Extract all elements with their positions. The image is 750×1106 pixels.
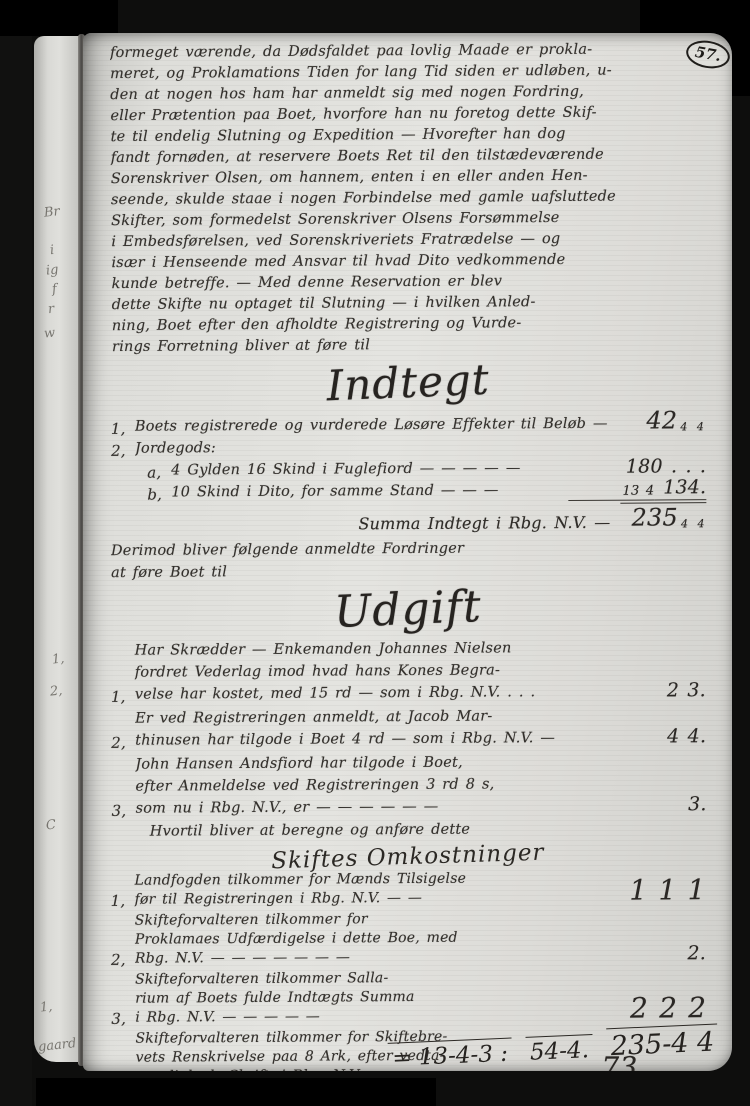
handwritten-line: fordret Vederlag imod hvad hans Kones Be… bbox=[135, 659, 620, 684]
handwritten-line: Er ved Registreringen anmeldt, at Jacob … bbox=[135, 705, 620, 730]
item-text: 4 Gylden 16 Skind i Fuglefiord — — — — — bbox=[171, 457, 620, 482]
item-amount: 2 3. bbox=[620, 681, 706, 703]
indtegt-item-2b: b, 10 Skind i Dito, for samme Stand — — … bbox=[147, 478, 706, 503]
opening-paragraph: formeget værende, da Dødsfaldet paa lovl… bbox=[110, 39, 707, 358]
handwritten-line: 4 Gylden 16 Skind i Fuglefiord — — — — — bbox=[171, 457, 620, 482]
indtegt-summa-row: Summa Indtegt i Rbg. N.V. — 2354 4 bbox=[111, 502, 706, 535]
item-number: 1, bbox=[111, 688, 135, 706]
handwritten-line: thinusen har tilgode i Boet 4 rd — som i… bbox=[135, 727, 620, 752]
item-amount: 424 4 bbox=[620, 408, 706, 435]
book-page: 57. formeget værende, da Dødsfaldet paa … bbox=[83, 33, 732, 1071]
margin-bleed-mark: 2, bbox=[49, 683, 63, 699]
previous-page-edge bbox=[34, 36, 80, 1062]
item-text: Er ved Registreringen anmeldt, at Jacob … bbox=[135, 705, 620, 752]
udgift-item-1: 1, Har Skrædder — Enkemanden Johannes Ni… bbox=[111, 636, 706, 706]
item-amount: 2. bbox=[620, 944, 706, 966]
archival-document-scan: { "page": { "number": "57." }, "paragrap… bbox=[0, 0, 750, 1106]
margin-bleed-mark: w bbox=[43, 325, 56, 341]
item-amount: 3. bbox=[621, 795, 707, 817]
item-text: John Hansen Andsfiord har tilgode i Boet… bbox=[135, 751, 620, 820]
margin-bleed-mark: ig bbox=[45, 262, 59, 278]
udgift-item-2: 2, Er ved Registreringen anmeldt, at Jac… bbox=[111, 704, 706, 752]
handwritten-line: 10 Skind i Dito, for samme Stand — — — bbox=[171, 479, 568, 503]
handwritten-line: velse har kostet, med 15 rd — som i Rbg.… bbox=[135, 681, 620, 706]
indtegt-item-2a: a, 4 Gylden 16 Skind i Fuglefiord — — — … bbox=[147, 456, 706, 481]
item-amount: 4 4. bbox=[620, 727, 706, 749]
handwritten-line: Jordegods: bbox=[135, 434, 706, 459]
total-omkostninger: 54-4. bbox=[525, 1034, 593, 1066]
item-text: Jordegods: bbox=[135, 434, 706, 459]
item-text: Skifteforvalteren tilkommer Salla-rium a… bbox=[135, 968, 620, 1028]
margin-bleed-mark: C bbox=[45, 818, 56, 834]
item-number: 2, bbox=[111, 442, 135, 460]
omkostninger-item-2: 2, Skifteforvalteren tilkommer forProkla… bbox=[111, 908, 706, 969]
photo-black-bottom bbox=[36, 1078, 436, 1106]
item-number: b, bbox=[147, 485, 171, 503]
summa-amount: 2354 4 bbox=[620, 502, 706, 532]
amount-fraction: 4 4 bbox=[680, 420, 706, 433]
photo-black-top-left bbox=[0, 0, 118, 36]
handwritten-line: John Hansen Andsfiord har tilgode i Boet… bbox=[135, 751, 620, 776]
item-number: 4, bbox=[112, 1069, 136, 1071]
total-balance: 235-4 4 bbox=[606, 1024, 719, 1063]
item-number: 3, bbox=[111, 1010, 135, 1028]
section-indtegt: Indtegt 1, Boets registrerede og vurdere… bbox=[110, 354, 706, 535]
summa-label: Summa Indtegt i Rbg. N.V. — bbox=[358, 513, 610, 534]
page-content: formeget værende, da Dødsfaldet paa lovl… bbox=[83, 33, 732, 1071]
margin-bleed-mark: 1, bbox=[51, 651, 65, 667]
total-carry: = 13-4-3 : bbox=[387, 1038, 512, 1071]
item-number: 1, bbox=[111, 892, 135, 910]
item-amount: 2 2 2 bbox=[620, 994, 706, 1025]
item-text: Skifteforvalteren tilkommer forProklamae… bbox=[135, 909, 620, 969]
handwritten-line: før til Registreringen i Rbg. N.V. — — bbox=[135, 888, 620, 910]
section-udgift: Udgift 1, Har Skrædder — Enkemanden Joha… bbox=[110, 580, 707, 842]
handwritten-line: Rbg. N.V. — — — — — — — bbox=[135, 947, 620, 969]
item-amount: 134. bbox=[654, 478, 706, 500]
item-text: 10 Skind i Dito, for samme Stand — — — bbox=[171, 479, 568, 503]
omkostninger-item-3: 3, Skifteforvalteren tilkommer Salla-riu… bbox=[111, 967, 706, 1028]
handwritten-line: som nu i Rbg. N.V., er — — — — — — bbox=[136, 795, 621, 820]
photo-black-left-column bbox=[0, 0, 32, 1106]
margin-bleed-mark: Br bbox=[43, 204, 60, 221]
handwritten-line: i Rbg. N.V. — — — — — bbox=[135, 1006, 620, 1028]
item-number: 2, bbox=[111, 951, 135, 969]
margin-bleed-mark: 1, bbox=[39, 999, 53, 1015]
item-text: Har Skrædder — Enkemanden Johannes Niels… bbox=[135, 637, 620, 706]
item-number: 2, bbox=[111, 734, 135, 752]
amount-fraction: 4 4 bbox=[681, 517, 707, 530]
item-amount-carry: 13 4 bbox=[568, 484, 654, 501]
handwritten-line: efter Anmeldelse ved Registreringen 3 rd… bbox=[135, 773, 620, 798]
item-number: a, bbox=[147, 463, 171, 481]
item-number: 3, bbox=[112, 802, 136, 820]
udgift-item-3: 3, John Hansen Andsfiord har tilgode i B… bbox=[111, 750, 706, 820]
item-amount: 1 1 1 bbox=[619, 876, 705, 907]
item-number: 1, bbox=[111, 420, 135, 438]
